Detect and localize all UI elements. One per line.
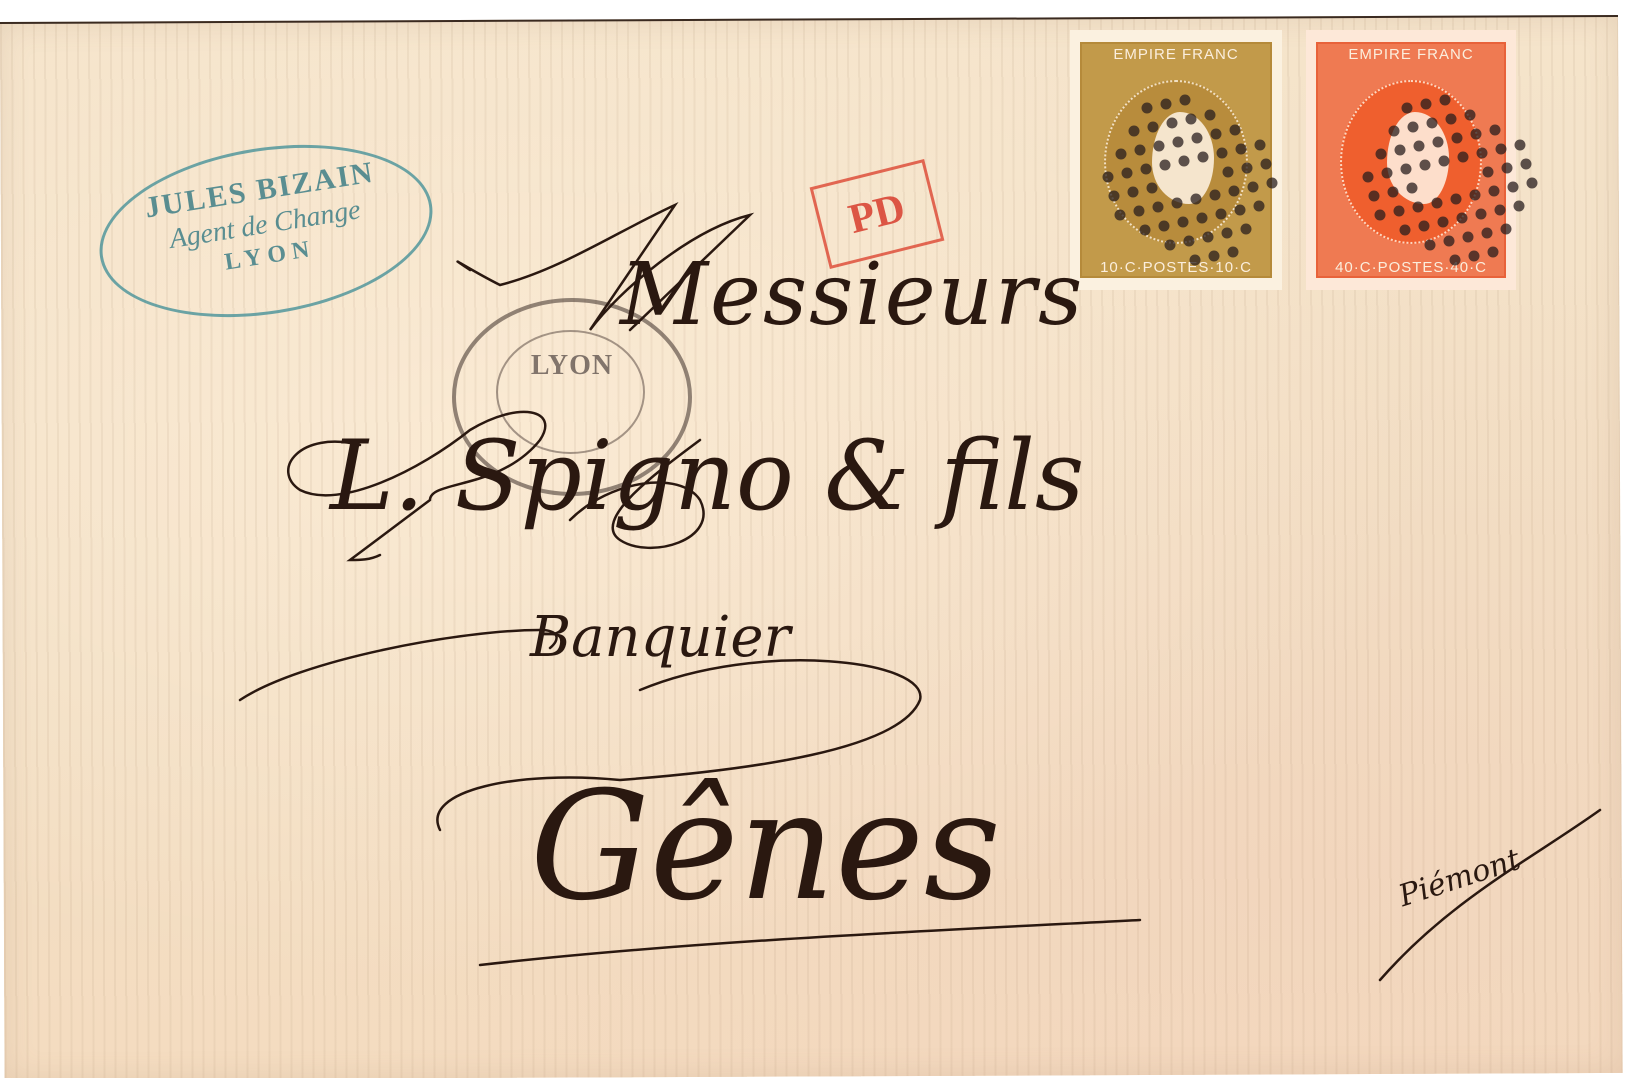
stamp-bottom-label: 40·C·POSTES·40·C (1306, 259, 1516, 276)
stamp-40c: EMPIRE FRANC 40·C·POSTES·40·C (1306, 30, 1516, 290)
salutation-text: Messieurs (620, 245, 1084, 345)
napoleon-portrait-icon (1152, 112, 1214, 204)
recipient-text: L. Spigno & fils (330, 420, 1084, 532)
stamp-top-label: EMPIRE FRANC (1070, 46, 1282, 63)
stamp-10c: EMPIRE FRANC 10·C·POSTES·10·C (1070, 30, 1282, 290)
postmark-text: LYON (456, 350, 688, 382)
stamp-medallion (1104, 80, 1248, 244)
city-text: Gênes (530, 760, 1001, 934)
stamp-medallion (1340, 80, 1482, 244)
napoleon-portrait-icon (1387, 112, 1449, 204)
stamp-bottom-label: 10·C·POSTES·10·C (1070, 259, 1282, 276)
occupation-text: Banquier (530, 605, 790, 670)
stamp-top-label: EMPIRE FRANC (1306, 46, 1516, 63)
